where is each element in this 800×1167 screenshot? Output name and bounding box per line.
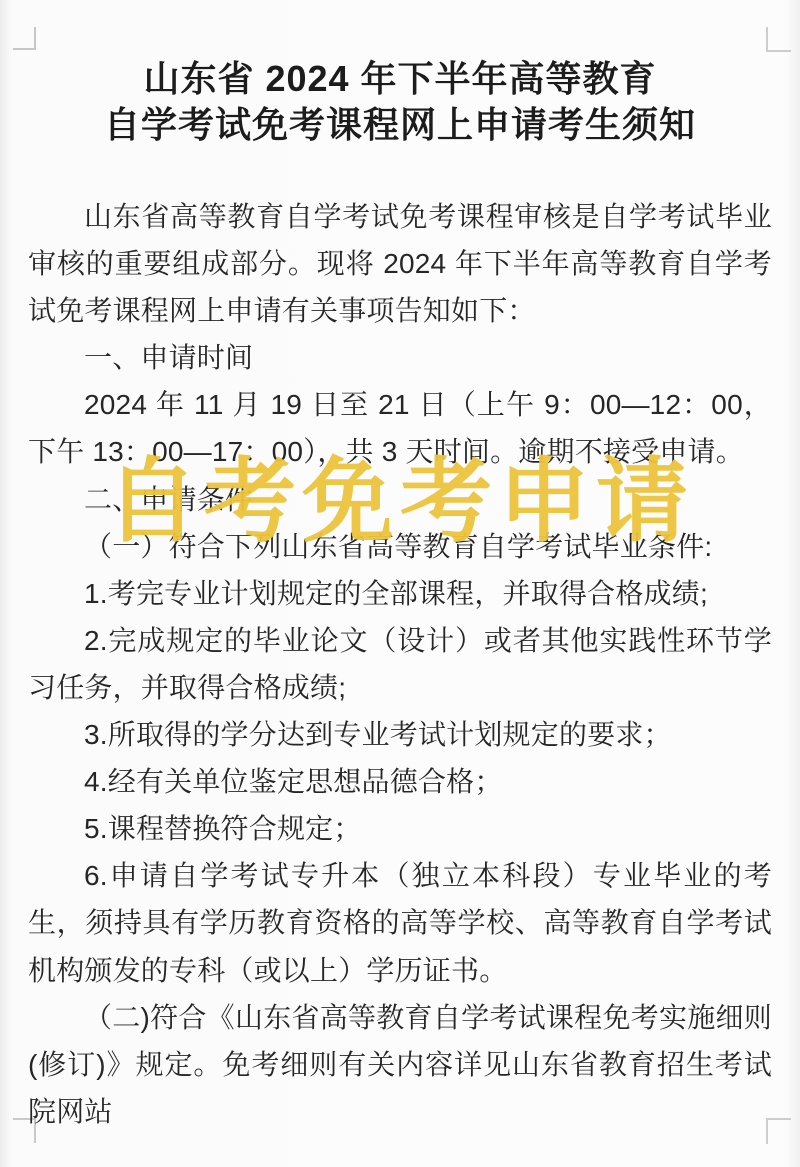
document-title-line-1: 山东省 2024 年下半年高等教育 — [30, 56, 770, 102]
paragraph: （二)符合《山东省高等教育自学考试课程免考实施细则(修订)》规定。免考细则有关内… — [28, 994, 772, 1135]
paragraph: 二、申请条件 — [28, 476, 772, 523]
paragraph: 3.所取得的学分达到专业考试计划规定的要求； — [28, 711, 772, 758]
document-page: 山东省 2024 年下半年高等教育 自学考试免考课程网上申请考生须知 山东省高等… — [0, 0, 800, 1167]
paragraph: （一）符合下列山东省高等教育自学考试毕业条件: — [28, 523, 772, 570]
crop-mark-top-left — [13, 27, 36, 50]
paragraph: 1.考完专业计划规定的全部课程，并取得合格成绩; — [28, 570, 772, 617]
paragraph: 4.经有关单位鉴定思想品德合格； — [28, 758, 772, 805]
document-title: 山东省 2024 年下半年高等教育 自学考试免考课程网上申请考生须知 — [30, 56, 770, 148]
paragraph: 山东省高等教育自学考试免考课程审核是自学考试毕业审核的重要组成部分。现将 202… — [28, 193, 772, 334]
paragraph: 2.完成规定的毕业论文（设计）或者其他实践性环节学习任务，并取得合格成绩; — [28, 617, 772, 711]
paragraph: 2024 年 11 月 19 日至 21 日（上午 9：00—12：00，下午 … — [28, 381, 772, 475]
paragraph: 一、申请时间 — [28, 334, 772, 381]
crop-mark-top-right — [766, 27, 791, 52]
document-body: 山东省高等教育自学考试免考课程审核是自学考试毕业审核的重要组成部分。现将 202… — [28, 193, 772, 1135]
paragraph: 6.申请自学考试专升本（独立本科段）专业毕业的考生，须持具有学历教育资格的高等学… — [28, 852, 772, 993]
paragraph: 5.课程替换符合规定； — [28, 805, 772, 852]
document-title-line-2: 自学考试免考课程网上申请考生须知 — [30, 102, 770, 148]
